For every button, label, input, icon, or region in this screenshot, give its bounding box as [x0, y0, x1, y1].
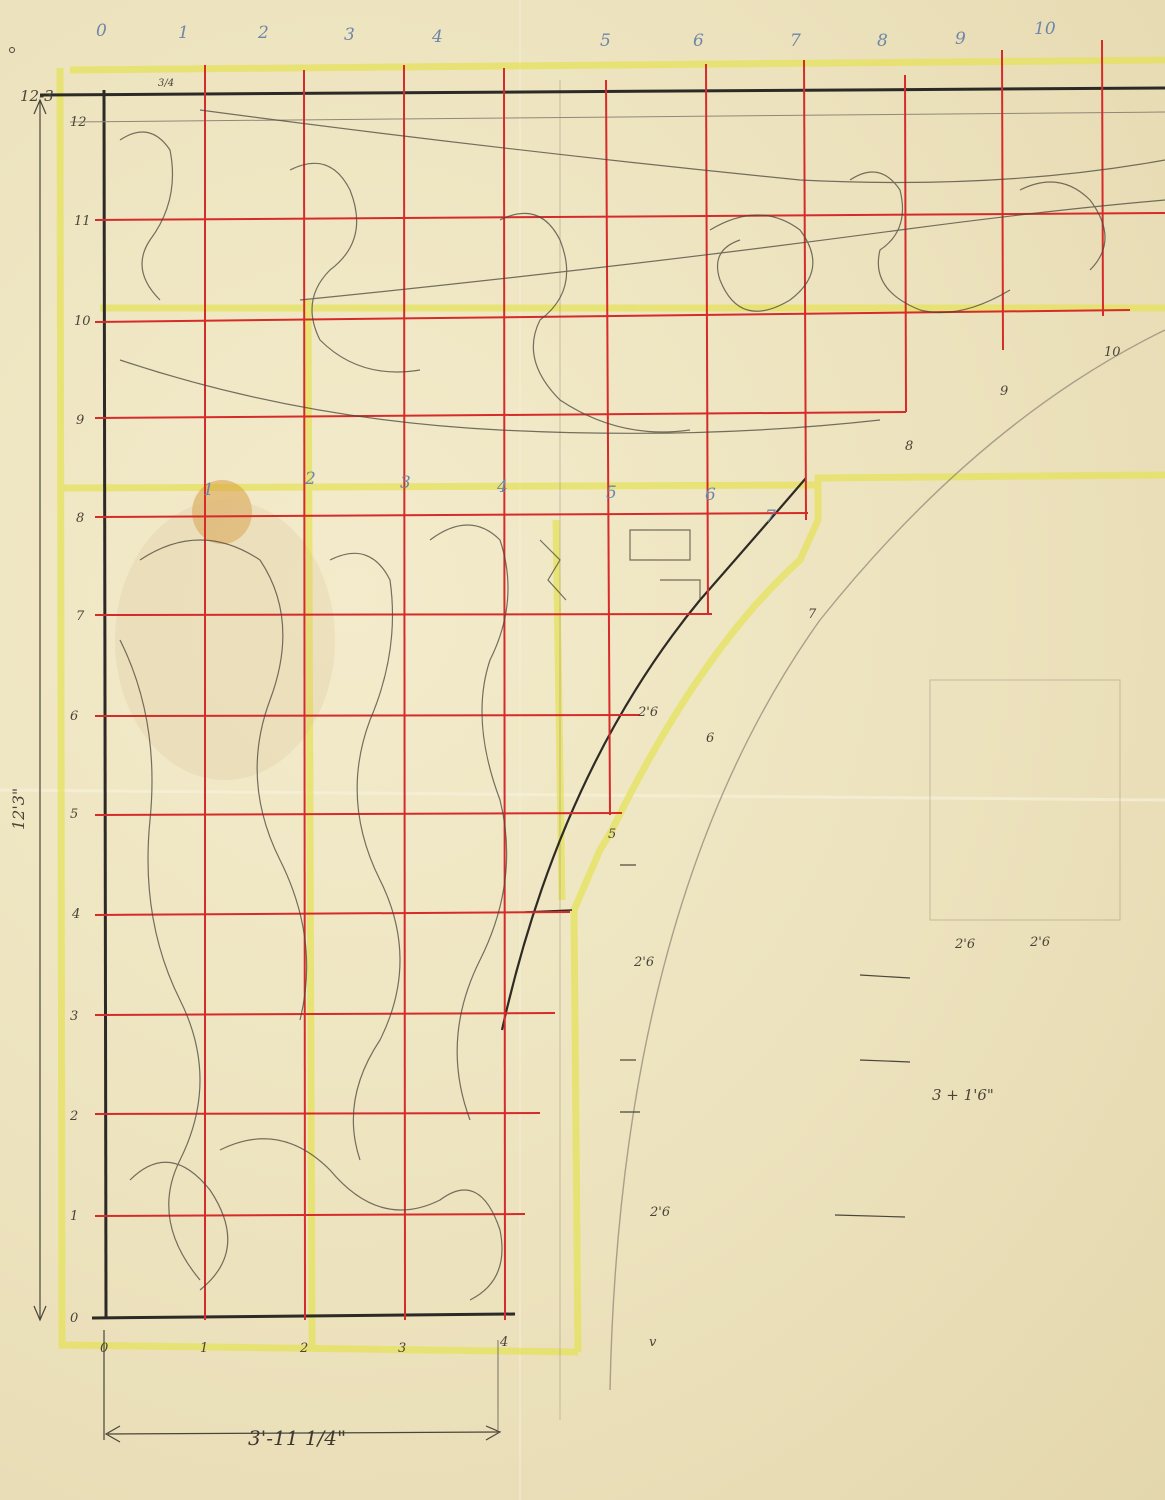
row-label: 12: [70, 115, 87, 130]
bottom-label: 2: [299, 1341, 308, 1356]
row-label: 3: [70, 1009, 78, 1024]
col-label: 1: [178, 23, 189, 43]
row-label: 6: [70, 709, 78, 724]
col-label: 0: [96, 21, 107, 41]
row-label: 0: [70, 1311, 78, 1326]
bottom-dimension-label: 3'-11 1/4": [248, 1426, 346, 1450]
band-label: 5: [606, 483, 617, 503]
band-label: 2: [304, 469, 316, 489]
top-height-sub: 3/4: [158, 78, 174, 89]
band-label: 4: [496, 477, 508, 497]
step-label: 10: [1104, 345, 1121, 360]
col-label: 6: [693, 31, 704, 51]
step-label: 8: [905, 439, 913, 454]
row-label: 9: [76, 413, 84, 428]
row-label: 7: [76, 609, 85, 624]
top-column-labels: 0 1 2 3 4 5 6 7 8 9 10: [96, 19, 1056, 51]
row-labels: 12 11 10 9 8 7 6 5 4 3 2 1 0: [69, 115, 91, 1326]
band-label: 7: [765, 507, 776, 527]
annotation: 2'6: [649, 1205, 670, 1220]
annotation: 2'6: [633, 955, 654, 970]
band-label: 3: [400, 473, 411, 493]
col-label: 10: [1034, 19, 1056, 39]
bottom-label: 4: [499, 1335, 508, 1350]
row-label: 8: [76, 511, 84, 526]
arch-curve: [610, 330, 1165, 1390]
arch-annotations: 2'6 2'6 2'6 2'6 3 + 1'6" v: [633, 935, 1050, 1350]
col-label: 5: [600, 31, 611, 51]
step-labels: 10 9 8 7 6 5 2'6: [608, 345, 1121, 842]
bottom-label: 0: [100, 1341, 108, 1356]
annotation: 3 + 1'6": [932, 1086, 994, 1104]
step-label: 5: [608, 827, 616, 842]
row-label: 11: [74, 214, 91, 229]
step-label: 2'6: [637, 705, 658, 720]
band-label: 1: [203, 480, 214, 500]
band-column-labels: 1 2 3 4 5 6 7: [203, 469, 776, 527]
annotation: v: [649, 1335, 657, 1350]
dimension-lines: [34, 100, 910, 1442]
step-label: 9: [1000, 384, 1008, 399]
row-label: 1: [70, 1209, 78, 1224]
row-label: 5: [70, 807, 78, 822]
col-label: 9: [955, 29, 966, 49]
col-label: 4: [431, 27, 443, 47]
col-label: 2: [257, 23, 269, 43]
step-label: 6: [706, 731, 714, 746]
annotation: 2'6: [1029, 935, 1050, 950]
col-label: 3: [344, 25, 355, 45]
top-height-label: 12-3: [20, 87, 54, 105]
drawing-sheet: 0 1 2 3 4 5 6 7 8 9 10 1 2 3 4 5 6 7 12 …: [0, 0, 1165, 1500]
row-label: 2: [69, 1109, 78, 1124]
col-label: 7: [790, 31, 801, 51]
band-label: 6: [705, 485, 716, 505]
annotation: 2'6: [954, 937, 975, 952]
row-label: 4: [71, 907, 80, 922]
side-dimension-label: 12'3": [9, 788, 28, 830]
bottom-label: 3: [398, 1341, 406, 1356]
col-label: 8: [877, 31, 888, 51]
row-label: 10: [74, 314, 91, 329]
step-label: 7: [808, 607, 817, 622]
squaring-grid-drawing: 0 1 2 3 4 5 6 7 8 9 10 1 2 3 4 5 6 7 12 …: [0, 0, 1165, 1500]
bottom-label: 1: [200, 1341, 208, 1356]
